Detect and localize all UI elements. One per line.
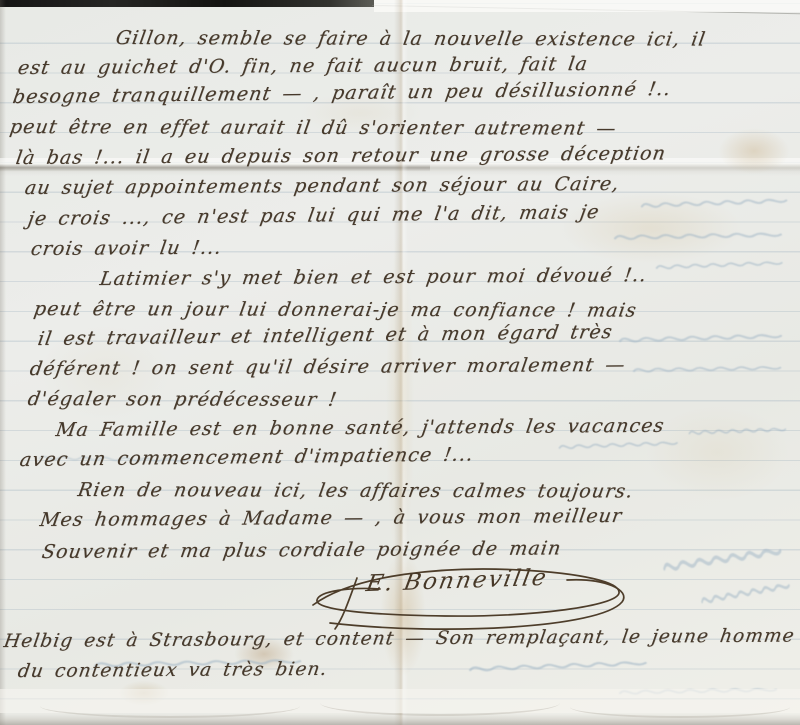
letter-line: Rien de nouveau ici, les affaires calmes…	[76, 479, 635, 502]
letter-line: Mes hommages à Madame — , à vous mon mei…	[38, 505, 624, 531]
bleed-through-squiggle	[632, 361, 784, 378]
letter-line: déférent ! on sent qu'il désire arriver …	[28, 354, 627, 380]
ink-stain	[645, 405, 790, 500]
letter-page: Gillon, semble se faire à la nouvelle ex…	[0, 0, 800, 725]
paper-left-edge-shadow	[0, 0, 6, 725]
postscript-line: du contentieux va très bien.	[16, 659, 329, 682]
letter-line: peut être en effet aurait il dû s'orient…	[8, 116, 618, 140]
letter-line: peut être un jour lui donnerai-je ma con…	[32, 298, 638, 322]
letter-line: crois avoir lu !...	[29, 237, 223, 260]
scan-edge-strip	[0, 0, 374, 7]
letter-line: là bas !... il a eu depuis son retour un…	[14, 142, 667, 169]
letter-line: au sujet appointements pendant son séjou…	[23, 173, 621, 199]
ink-stain	[718, 128, 790, 174]
bleed-through-squiggle	[613, 227, 785, 246]
paper-top-margin	[374, 0, 800, 12]
letter-line: d'égaler son prédécesseur !	[26, 388, 339, 411]
letter-line: est au guichet d'O. fin, ne fait aucun b…	[16, 53, 589, 79]
paper-wrinkle	[320, 690, 560, 716]
letter-line: Latimier s'y met bien et est pour moi dé…	[98, 264, 648, 290]
letter-line: Ma Famille est en bonne santé, j'attends…	[54, 415, 666, 441]
paper-bottom-edge	[0, 714, 800, 725]
letter-line: Gillon, semble se faire à la nouvelle ex…	[114, 27, 707, 51]
